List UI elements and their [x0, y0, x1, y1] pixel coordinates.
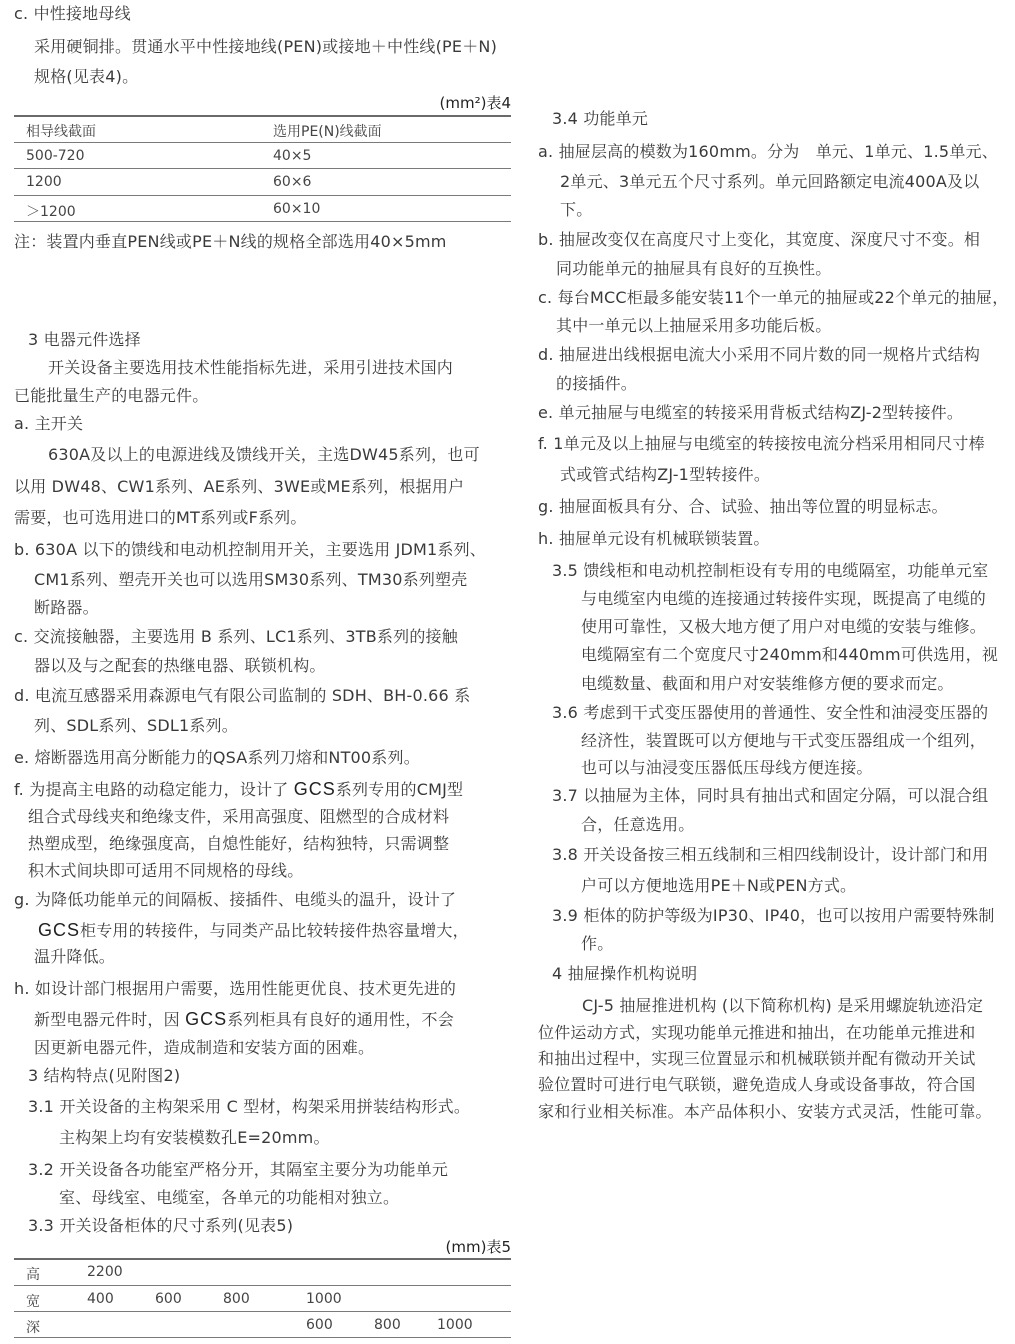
paragraph-line: 主构架上均有安装模数孔E=20mm。: [59, 1128, 330, 1148]
table-header: 相导线截面: [26, 121, 96, 141]
table-cell: ＞1200: [26, 201, 76, 221]
table-note: 注：装置内垂直PEN线或PE＋N线的规格全部选用40×5mm: [14, 232, 447, 252]
paragraph-line: 断路器。: [34, 598, 99, 618]
paragraph-line: 3.1 开关设备的主构架采用 C 型材，构架采用拼装结构形式。: [28, 1097, 470, 1117]
paragraph-line: 因更新电器元件，造成制造和安装方面的困难。: [34, 1038, 374, 1058]
gcs-brand: GCS: [294, 779, 336, 799]
section-heading: 3 结构特点(见附图2): [28, 1066, 180, 1086]
table-cell: 800: [374, 1317, 401, 1333]
paragraph-line: 作。: [581, 934, 613, 954]
table-cell: 2200: [87, 1264, 123, 1280]
text-span: 柜专用的转接件，与同类产品比较转接件热容量增大，: [80, 921, 469, 940]
paragraph-line: 3.3 开关设备柜体的尺寸系列(见表5): [28, 1216, 293, 1236]
list-item-e: e. 单元抽屉与电缆室的转接采用背板式结构ZJ-2型转接件。: [538, 403, 963, 423]
list-item-a: a. 抽屉层高的模数为160mm。分为 单元、1单元、1.5单元、: [538, 142, 998, 162]
list-item-d: d. 电流互感器采用森源电气有限公司监制的 SDH、BH-0.66 系: [14, 686, 470, 706]
table-rule: [14, 221, 511, 222]
paragraph-line: GCS柜专用的转接件，与同类产品比较转接件热容量增大，: [38, 920, 469, 941]
list-item-c: c. 每台MCC柜最多能安装11个一单元的抽屉或22个单元的抽屉，: [538, 288, 1008, 308]
section-heading: 4 抽屉操作机构说明: [552, 964, 697, 984]
paragraph-line: 电缆隔室有二个宽度尺寸240mm和440mm可供选用，视: [581, 645, 998, 665]
list-item-f: f. 为提高主电路的动稳定能力，设计了 GCS系列专用的CMJ型: [14, 779, 463, 800]
paragraph-line: 式或管式结构ZJ-1型转接件。: [560, 465, 770, 485]
list-item-h: h. 抽屉单元设有机械联锁装置。: [538, 529, 770, 549]
table-caption: (mm²)表4: [440, 92, 512, 113]
table-cell: 60×10: [273, 201, 320, 217]
paragraph-line: 下。: [560, 200, 592, 220]
table-rule: [14, 115, 511, 117]
paragraph-line: 需要，也可选用进口的MT系列或F系列。: [14, 508, 307, 528]
paragraph-line: 位件运动方式，实现功能单元推进和抽出，在功能单元推进和: [538, 1023, 975, 1043]
row-label: 高: [26, 1264, 40, 1284]
paragraph-line: 温升降低。: [34, 947, 115, 967]
table-cell: 1000: [306, 1291, 342, 1307]
paragraph-line: CJ-5 抽屉推进机构 (以下简称机构) 是采用螺旋轨迹沿定: [582, 996, 983, 1016]
text-span: 系列专用的CMJ型: [336, 780, 464, 799]
table-header: 选用PE(N)线截面: [273, 121, 382, 141]
paragraph-line: 3.9 柜体的防护等级为IP30、IP40，也可以按用户需要特殊制: [552, 906, 995, 926]
table-cell: 1000: [437, 1317, 473, 1333]
table-rule: [14, 195, 511, 196]
text-span: f. 为提高主电路的动稳定能力，设计了: [14, 780, 294, 799]
table-cell: 400: [87, 1291, 114, 1307]
table-cell: 40×5: [273, 148, 311, 164]
text-span: 新型电器元件时，因: [34, 1010, 185, 1029]
paragraph-line: 热塑成型，绝缘强度高，自熄性能好，结构独特，只需调整: [28, 834, 449, 854]
table-cell: 600: [306, 1317, 333, 1333]
row-label: 深: [26, 1317, 40, 1337]
paragraph-line: 其中一单元以上抽屉采用多功能后板。: [556, 316, 831, 336]
row-label: 宽: [26, 1291, 40, 1311]
table-cell: 600: [155, 1291, 182, 1307]
paragraph-line: 验位置时可进行电气联锁，避免造成人身或设备事故，符合国: [538, 1075, 975, 1095]
table-rule: [14, 1285, 511, 1286]
paragraph-line: 3.8 开关设备按三相五线制和三相四线制设计，设计部门和用: [552, 845, 988, 865]
paragraph-line: 新型电器元件时，因 GCS系列柜具有良好的通用性，不会: [34, 1009, 454, 1030]
paragraph-line: 规格(见表4)。: [34, 67, 138, 87]
table-rule: [14, 1337, 511, 1338]
paragraph-line: 与电缆室内电缆的连接通过转接件实现，既提高了电缆的: [581, 589, 986, 609]
paragraph-line: 电缆数量、截面和用户对安装维修方便的要求而定。: [581, 674, 954, 694]
paragraph-line: 3.2 开关设备各功能室严格分开，其隔室主要分为功能单元: [28, 1160, 448, 1180]
section-heading: c. 中性接地母线: [14, 4, 131, 24]
table-cell: 500-720: [26, 148, 85, 164]
paragraph-line: 已能批量生产的电器元件。: [14, 386, 208, 406]
gcs-brand: GCS: [38, 920, 80, 940]
table-rule: [14, 1258, 511, 1260]
list-item-g: g. 抽屉面板具有分、合、试验、抽出等位置的明显标志。: [538, 497, 948, 517]
paragraph-line: 户可以方便地选用PE＋N或PEN方式。: [581, 876, 856, 896]
paragraph-line: 积木式间块即可适用不同规格的母线。: [28, 861, 303, 881]
list-item-b: b. 630A 以下的馈线和电动机控制用开关，主要选用 JDM1系列、: [14, 540, 486, 560]
section-heading: 3 电器元件选择: [28, 330, 141, 350]
paragraph-line: 组合式母线夹和绝缘支件，采用高强度、阻燃型的合成材料: [28, 807, 449, 827]
list-item-e: e. 熔断器选用高分断能力的QSA系列刀熔和NT00系列。: [14, 748, 420, 768]
paragraph-line: 室、母线室、电缆室，各单元的功能相对独立。: [59, 1188, 399, 1208]
table-rule: [14, 1311, 511, 1312]
table-cell: 60×6: [273, 174, 311, 190]
paragraph-line: 和抽出过程中，实现三位置显示和机械联锁并配有微动开关试: [538, 1049, 975, 1069]
list-item-h: h. 如设计部门根据用户需要，选用性能更优良、技术更先进的: [14, 979, 456, 999]
list-item-f: f. 1单元及以上抽屉与电缆室的转接按电流分档采用相同尺寸棒: [538, 434, 985, 454]
paragraph-line: 同功能单元的抽屉具有良好的互换性。: [556, 259, 831, 279]
list-item-c: c. 交流接触器，主要选用 B 系列、LC1系列、3TB系列的接触: [14, 627, 458, 647]
list-item-g: g. 为降低功能单元的间隔板、接插件、电缆头的温升，设计了: [14, 890, 456, 910]
paragraph-line: 使用可靠性，又极大地方便了用户对电缆的安装与维修。: [581, 617, 986, 637]
paragraph-line: 的接插件。: [556, 374, 637, 394]
subsection-heading: a. 主开关: [14, 414, 83, 434]
list-item-b: b. 抽屉改变仅在高度尺寸上变化，其宽度、深度尺寸不变。相: [538, 230, 980, 250]
paragraph-line: 以用 DW48、CW1系列、AE系列、3WE或ME系列，根据用户: [14, 477, 464, 497]
list-item-d: d. 抽屉进出线根据电流大小采用不同片数的同一规格片式结构: [538, 345, 980, 365]
section-heading: 3.4 功能单元: [552, 109, 648, 129]
table-cell: 1200: [26, 174, 62, 190]
table-caption: (mm)表5: [446, 1236, 511, 1257]
paragraph-line: 2单元、3单元五个尺寸系列。单元回路额定电流400A及以: [560, 172, 979, 192]
text-span: 系列柜具有良好的通用性，不会: [227, 1010, 454, 1029]
paragraph-line: 3.6 考虑到干式变压器使用的普通性、安全性和油浸变压器的: [552, 703, 988, 723]
table-cell: 800: [223, 1291, 250, 1307]
paragraph-line: 采用硬铜排。贯通水平中性接地线(PEN)或接地＋中性线(PE＋N): [34, 37, 497, 57]
paragraph-line: 合，任意选用。: [581, 815, 694, 835]
paragraph-line: 3.5 馈线柜和电动机控制柜设有专用的电缆隔室，功能单元室: [552, 561, 988, 581]
paragraph-line: 3.7 以抽屉为主体，同时具有抽出式和固定分隔，可以混合组: [552, 786, 988, 806]
table-rule: [14, 168, 511, 169]
paragraph-line: 器以及与之配套的热继电器、联锁机构。: [34, 656, 326, 676]
paragraph-line: CM1系列、塑壳开关也可以选用SM30系列、TM30系列塑壳: [34, 570, 467, 590]
paragraph-line: 家和行业相关标准。本产品体积小、安装方式灵活，性能可靠。: [538, 1102, 992, 1122]
paragraph-line: 也可以与油浸变压器低压母线方便连接。: [581, 758, 873, 778]
gcs-brand: GCS: [185, 1009, 227, 1029]
paragraph-line: 列、SDL系列、SDL1系列。: [34, 716, 238, 736]
paragraph-line: 630A及以上的电源进线及馈线开关，主选DW45系列，也可: [48, 445, 480, 465]
paragraph-line: 经济性，装置既可以方便地与干式变压器组成一个组列，: [581, 731, 986, 751]
paragraph-line: 开关设备主要选用技术性能指标先进，采用引进技术国内: [48, 358, 453, 378]
table-rule: [14, 142, 511, 143]
